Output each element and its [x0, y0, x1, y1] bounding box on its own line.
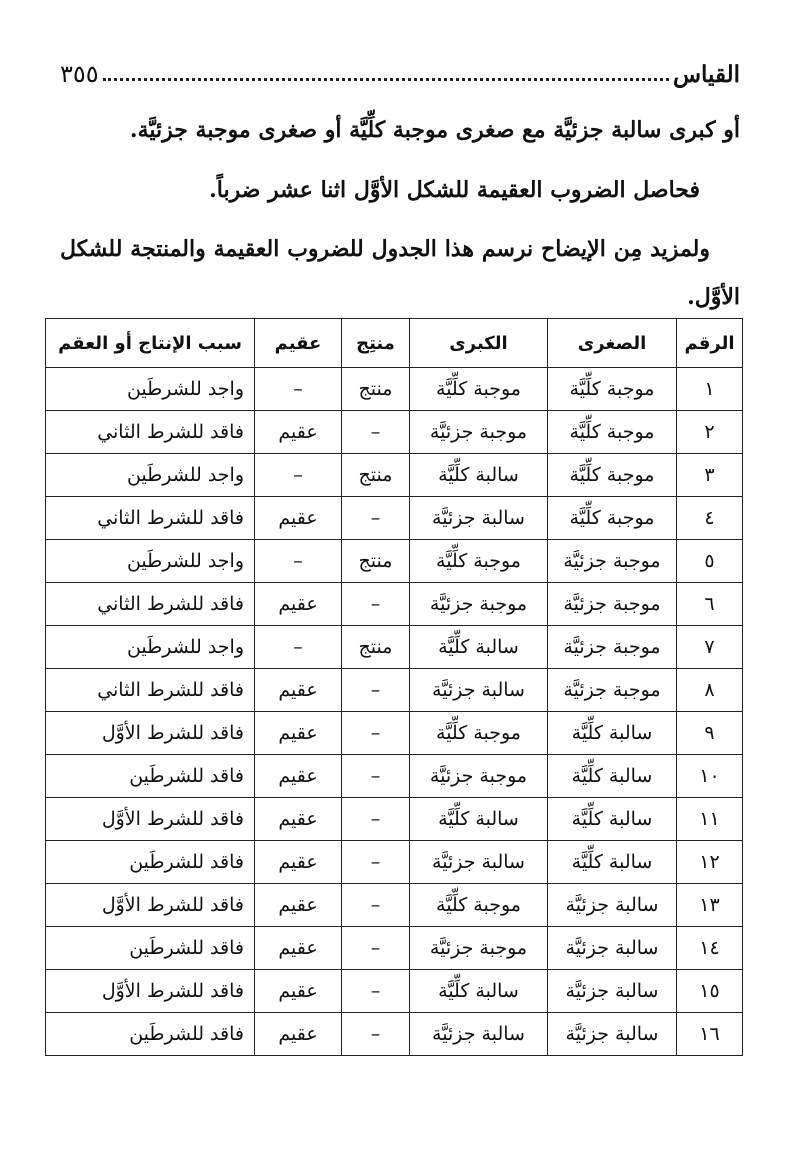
- page-number: ٣٥٥: [60, 62, 99, 86]
- row-number: ٧: [677, 626, 743, 669]
- major-premise: سالبة جزئيَّة: [410, 1013, 548, 1056]
- productive-cell: منتج: [342, 454, 410, 497]
- barren-cell: عقيم: [255, 497, 342, 540]
- major-premise: سالبة كلِّيَّة: [410, 970, 548, 1013]
- barren-cell: عقيم: [255, 841, 342, 884]
- minor-premise: سالبة كلِّيَّة: [548, 712, 677, 755]
- barren-cell: عقيم: [255, 411, 342, 454]
- minor-premise: سالبة جزئيَّة: [548, 927, 677, 970]
- reason-cell: فاقد للشرط الأوَّل: [46, 970, 255, 1013]
- table-row: ١٤سالبة جزئيَّةموجبة جزئيَّة–عقيمفاقد لل…: [46, 927, 743, 970]
- chapter-title: القياس: [673, 63, 740, 86]
- minor-premise: سالبة كلِّيَّة: [548, 755, 677, 798]
- table-row: ١٦سالبة جزئيَّةسالبة جزئيَّة–عقيمفاقد لل…: [46, 1013, 743, 1056]
- row-number: ١: [677, 368, 743, 411]
- column-header-major: الكبرى: [410, 319, 548, 368]
- minor-premise: موجبة كلِّيَّة: [548, 497, 677, 540]
- reason-cell: فاقد للشرط الثاني: [46, 669, 255, 712]
- row-number: ١٥: [677, 970, 743, 1013]
- barren-cell: عقيم: [255, 669, 342, 712]
- row-number: ٣: [677, 454, 743, 497]
- table-row: ٥موجبة جزئيَّةموجبة كلِّيَّةمنتج–واجد لل…: [46, 540, 743, 583]
- minor-premise: موجبة جزئيَّة: [548, 583, 677, 626]
- major-premise: موجبة كلِّيَّة: [410, 712, 548, 755]
- reason-cell: فاقد للشرط الثاني: [46, 411, 255, 454]
- barren-cell: عقيم: [255, 712, 342, 755]
- barren-cell: عقيم: [255, 755, 342, 798]
- minor-premise: سالبة كلِّيَّة: [548, 841, 677, 884]
- row-number: ٨: [677, 669, 743, 712]
- reason-cell: واجد للشرطَين: [46, 626, 255, 669]
- major-premise: موجبة كلِّيَّة: [410, 368, 548, 411]
- table-row: ٤موجبة كلِّيَّةسالبة جزئيَّة–عقيمفاقد لل…: [46, 497, 743, 540]
- productive-cell: منتج: [342, 626, 410, 669]
- row-number: ٦: [677, 583, 743, 626]
- minor-premise: سالبة جزئيَّة: [548, 884, 677, 927]
- reason-cell: فاقد للشرط الأوَّل: [46, 798, 255, 841]
- major-premise: موجبة جزئيَّة: [410, 755, 548, 798]
- row-number: ١٤: [677, 927, 743, 970]
- reason-cell: فاقد للشرط الثاني: [46, 497, 255, 540]
- table-row: ٢موجبة كلِّيَّةموجبة جزئيَّة–عقيمفاقد لل…: [46, 411, 743, 454]
- productive-cell: –: [342, 798, 410, 841]
- table-row: ٣موجبة كلِّيَّةسالبة كلِّيَّةمنتج–واجد ل…: [46, 454, 743, 497]
- table-row: ١٥سالبة جزئيَّةسالبة كلِّيَّة–عقيمفاقد ل…: [46, 970, 743, 1013]
- table-row: ٧موجبة جزئيَّةسالبة كلِّيَّةمنتج–واجد لل…: [46, 626, 743, 669]
- major-premise: موجبة كلِّيَّة: [410, 884, 548, 927]
- major-premise: سالبة كلِّيَّة: [410, 626, 548, 669]
- major-premise: سالبة كلِّيَّة: [410, 454, 548, 497]
- reason-cell: واجد للشرطَين: [46, 540, 255, 583]
- paragraph-3: ولمزيد مِن الإيضاح نرسم هذا الجدول للضرو…: [60, 225, 740, 321]
- barren-cell: –: [255, 454, 342, 497]
- book-page: القياس ٣٥٥ أو كبرى سالبة جزئيَّة مع صغرى…: [0, 0, 787, 1163]
- minor-premise: موجبة كلِّيَّة: [548, 368, 677, 411]
- productive-cell: –: [342, 927, 410, 970]
- major-premise: موجبة كلِّيَّة: [410, 540, 548, 583]
- table-row: ٩سالبة كلِّيَّةموجبة كلِّيَّة–عقيمفاقد ل…: [46, 712, 743, 755]
- first-figure-moods-table: الرقم الصغرى الكبرى منتِج عقيم سبب الإنت…: [45, 318, 743, 1056]
- reason-cell: فاقد للشرط الثاني: [46, 583, 255, 626]
- table-row: ٨موجبة جزئيَّةسالبة جزئيَّة–عقيمفاقد للش…: [46, 669, 743, 712]
- productive-cell: –: [342, 583, 410, 626]
- major-premise: سالبة جزئيَّة: [410, 669, 548, 712]
- barren-cell: عقيم: [255, 798, 342, 841]
- productive-cell: –: [342, 411, 410, 454]
- major-premise: سالبة جزئيَّة: [410, 841, 548, 884]
- row-number: ٥: [677, 540, 743, 583]
- reason-cell: فاقد للشرطَين: [46, 841, 255, 884]
- productive-cell: –: [342, 712, 410, 755]
- productive-cell: –: [342, 669, 410, 712]
- barren-cell: –: [255, 626, 342, 669]
- minor-premise: سالبة جزئيَّة: [548, 970, 677, 1013]
- table-row: ١٣سالبة جزئيَّةموجبة كلِّيَّة–عقيمفاقد ل…: [46, 884, 743, 927]
- table-header-row: الرقم الصغرى الكبرى منتِج عقيم سبب الإنت…: [46, 319, 743, 368]
- barren-cell: عقيم: [255, 970, 342, 1013]
- barren-cell: عقيم: [255, 927, 342, 970]
- paragraph-1: أو كبرى سالبة جزئيَّة مع صغرى موجبة كلِّ…: [60, 105, 740, 155]
- column-header-productive: منتِج: [342, 319, 410, 368]
- column-header-minor: الصغرى: [548, 319, 677, 368]
- column-header-barren: عقيم: [255, 319, 342, 368]
- column-header-number: الرقم: [677, 319, 743, 368]
- barren-cell: –: [255, 540, 342, 583]
- productive-cell: –: [342, 1013, 410, 1056]
- row-number: ١٠: [677, 755, 743, 798]
- table-row: ١٠سالبة كلِّيَّةموجبة جزئيَّة–عقيمفاقد ل…: [46, 755, 743, 798]
- productive-cell: –: [342, 755, 410, 798]
- minor-premise: سالبة كلِّيَّة: [548, 798, 677, 841]
- reason-cell: فاقد للشرط الأوَّل: [46, 884, 255, 927]
- productive-cell: منتج: [342, 540, 410, 583]
- row-number: ١٢: [677, 841, 743, 884]
- productive-cell: –: [342, 497, 410, 540]
- column-header-reason: سبب الإنتاج أو العقم: [46, 319, 255, 368]
- productive-cell: منتج: [342, 368, 410, 411]
- row-number: ١١: [677, 798, 743, 841]
- productive-cell: –: [342, 884, 410, 927]
- reason-cell: فاقد للشرطَين: [46, 755, 255, 798]
- minor-premise: موجبة كلِّيَّة: [548, 411, 677, 454]
- minor-premise: موجبة جزئيَّة: [548, 626, 677, 669]
- minor-premise: موجبة جزئيَّة: [548, 540, 677, 583]
- table-row: ١موجبة كلِّيَّةموجبة كلِّيَّةمنتج–واجد ل…: [46, 368, 743, 411]
- barren-cell: عقيم: [255, 583, 342, 626]
- row-number: ٩: [677, 712, 743, 755]
- barren-cell: عقيم: [255, 884, 342, 927]
- table-row: ١٢سالبة كلِّيَّةسالبة جزئيَّة–عقيمفاقد ل…: [46, 841, 743, 884]
- running-header: القياس ٣٥٥: [60, 46, 740, 86]
- major-premise: موجبة جزئيَّة: [410, 583, 548, 626]
- row-number: ٤: [677, 497, 743, 540]
- productive-cell: –: [342, 841, 410, 884]
- productive-cell: –: [342, 970, 410, 1013]
- paragraph-2: فحاصل الضروب العقيمة للشكل الأوَّل اثنا …: [60, 165, 740, 215]
- major-premise: موجبة جزئيَّة: [410, 411, 548, 454]
- major-premise: موجبة جزئيَّة: [410, 927, 548, 970]
- major-premise: سالبة كلِّيَّة: [410, 798, 548, 841]
- reason-cell: واجد للشرطَين: [46, 368, 255, 411]
- barren-cell: عقيم: [255, 1013, 342, 1056]
- minor-premise: سالبة جزئيَّة: [548, 1013, 677, 1056]
- table-row: ٦موجبة جزئيَّةموجبة جزئيَّة–عقيمفاقد للش…: [46, 583, 743, 626]
- table-row: ١١سالبة كلِّيَّةسالبة كلِّيَّة–عقيمفاقد …: [46, 798, 743, 841]
- major-premise: سالبة جزئيَّة: [410, 497, 548, 540]
- row-number: ٢: [677, 411, 743, 454]
- reason-cell: فاقد للشرطَين: [46, 927, 255, 970]
- reason-cell: فاقد للشرطَين: [46, 1013, 255, 1056]
- minor-premise: موجبة جزئيَّة: [548, 669, 677, 712]
- leader-dots: [103, 78, 669, 81]
- reason-cell: فاقد للشرط الأوَّل: [46, 712, 255, 755]
- row-number: ١٣: [677, 884, 743, 927]
- reason-cell: واجد للشرطَين: [46, 454, 255, 497]
- row-number: ١٦: [677, 1013, 743, 1056]
- minor-premise: موجبة كلِّيَّة: [548, 454, 677, 497]
- barren-cell: –: [255, 368, 342, 411]
